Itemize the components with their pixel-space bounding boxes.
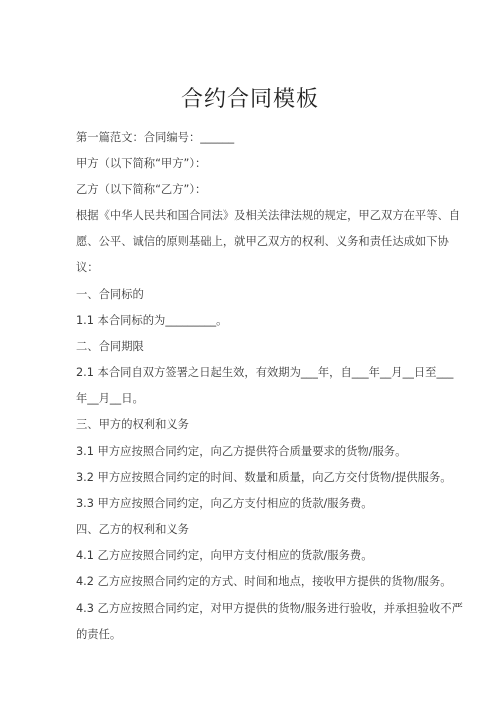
paragraph-line: 2.1 本合同自双方签署之日起生效，有效期为___年，自___年__月__日至_…	[76, 366, 453, 380]
paragraph-line: 3.3 甲方应按照合同约定，向乙方支付相应的货款/服务费。	[76, 497, 373, 511]
paragraph-line: 乙方（以下简称“乙方”）：	[76, 183, 206, 197]
paragraph-line: 的责任。	[76, 628, 121, 642]
paragraph-line: 第一篇范文：合同编号：______	[76, 131, 234, 145]
paragraph-line: 三、甲方的权利和义务	[76, 418, 189, 432]
paragraph-line: 年__月__日。	[76, 392, 144, 406]
paragraph-line: 4.3 乙方应按照合同约定，对甲方提供的货物/服务进行验收，并承担验收不严	[76, 602, 463, 616]
paragraph-line: 3.1 甲方应按照合同约定，向乙方提供符合质量要求的货物/服务。	[76, 445, 406, 459]
paragraph-line: 3.2 甲方应按照合同约定的时间、数量和质量，向乙方交付货物/提供服务。	[76, 471, 452, 485]
document-page: 合约合同模板 第一篇范文：合同编号：______甲方（以下简称“甲方”）：乙方（…	[0, 0, 500, 707]
paragraph-line: 四、乙方的权利和义务	[76, 523, 189, 537]
paragraph-line: 1.1 本合同标的为_________。	[76, 314, 227, 328]
paragraph-line: 4.2 乙方应按照合同约定的方式、时间和地点，接收甲方提供的货物/服务。	[76, 575, 452, 589]
paragraph-line: 二、合同期限	[76, 340, 144, 354]
paragraph-line: 4.1 乙方应按照合同约定，向甲方支付相应的货款/服务费。	[76, 549, 373, 563]
paragraph-line: 甲方（以下简称“甲方”）：	[76, 157, 206, 171]
paragraph-line: 一、合同标的	[76, 288, 144, 302]
paragraph-line: 议：	[76, 261, 99, 275]
paragraph-line: 根据《中华人民共和国合同法》及相关法律法规的规定，甲乙双方在平等、自	[76, 209, 460, 223]
document-title: 合约合同模板	[0, 82, 500, 113]
paragraph-line: 愿、公平、诚信的原则基础上，就甲乙双方的权利、义务和责任达成如下协	[76, 235, 449, 249]
